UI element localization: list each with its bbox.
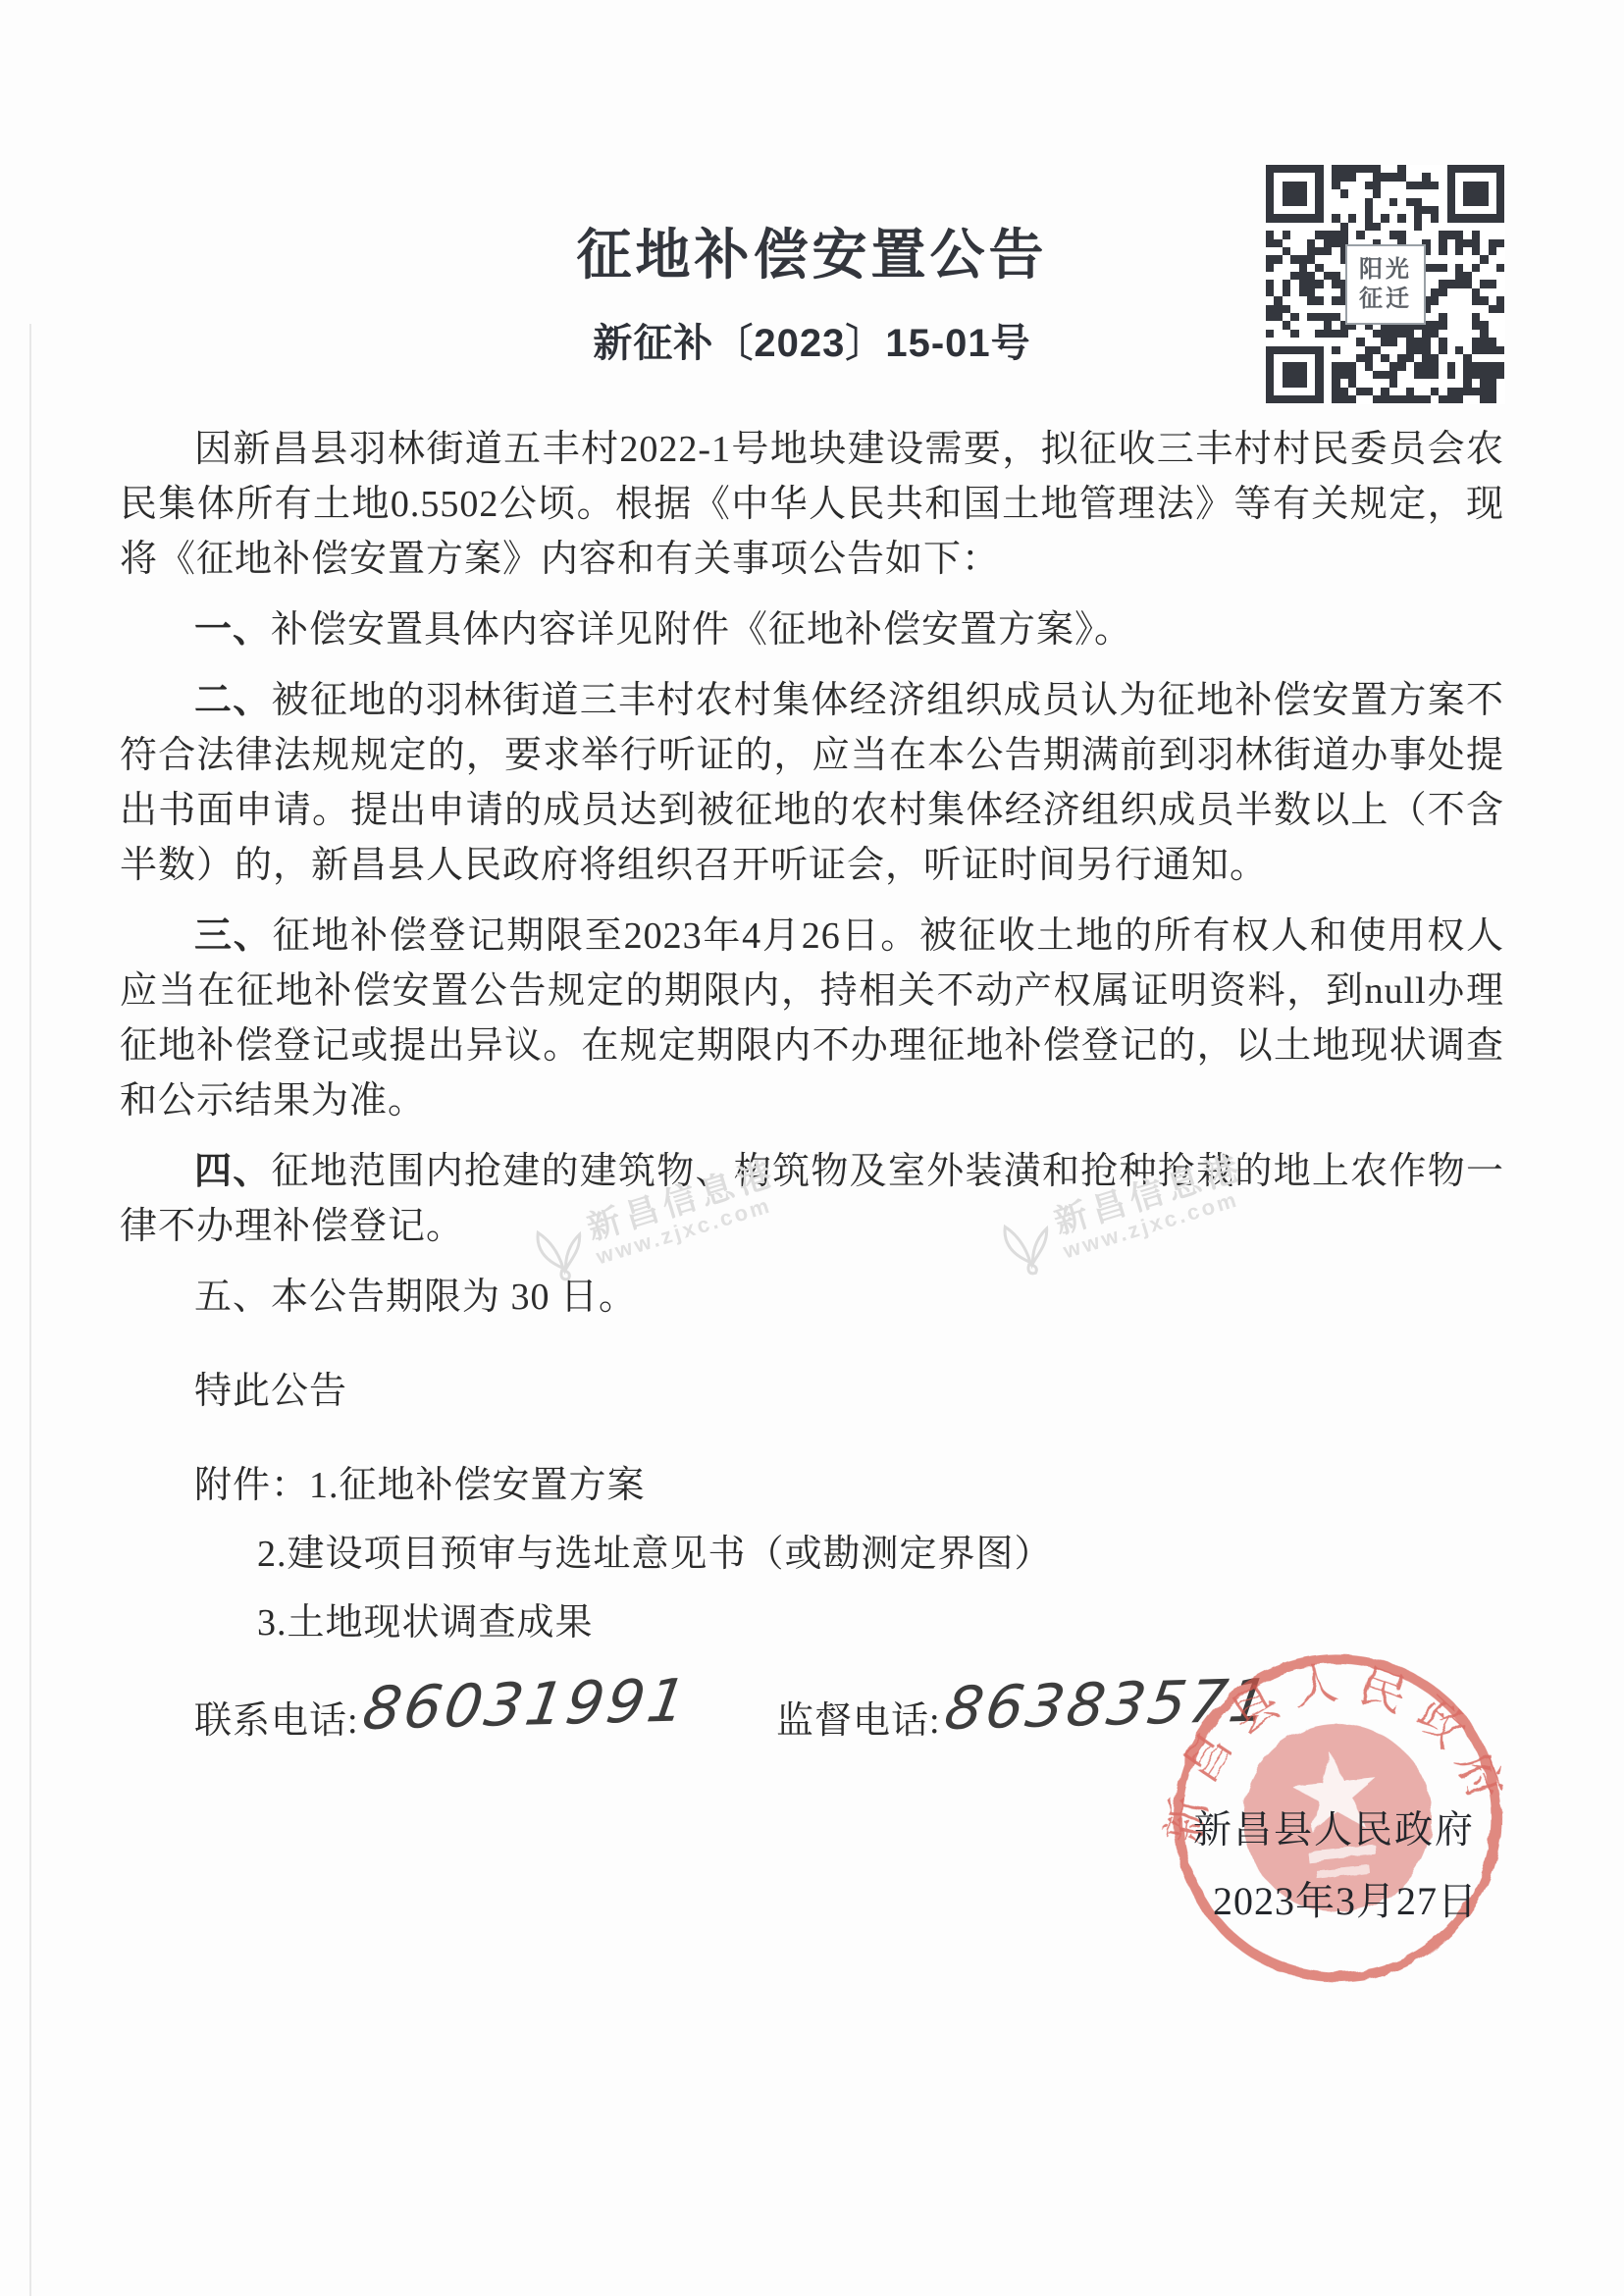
item-2-paragraph: 二、被征地的羽林街道三丰村农村集体经济组织成员认为征地补偿安置方案不符合法律法规…: [120, 673, 1504, 893]
item-2-text: 被征地的羽林街道三丰村农村集体经济组织成员认为征地补偿安置方案不符合法律法规规定…: [120, 680, 1504, 886]
signature-issuer: 新昌县人民政府: [1193, 1800, 1475, 1854]
item-3-text: 征地补偿登记期限至2023年4月26日。被征收土地的所有权人和使用权人应当在征地…: [120, 915, 1504, 1122]
closing-line: 特此公告: [120, 1364, 1504, 1419]
attachment-1: 1.征地补偿安置方案: [309, 1465, 646, 1506]
item-5-paragraph: 五、本公告期限为 30 日。: [120, 1270, 1504, 1325]
item-3-paragraph: 三、征地补偿登记期限至2023年4月26日。被征收土地的所有权人和使用权人应当在…: [120, 909, 1504, 1128]
intro-paragraph: 因新昌县羽林街道五丰村2022-1号地块建设需要，拟征收三丰村村民委员会农民集体…: [120, 422, 1504, 587]
scan-edge-artifact: [29, 324, 31, 2296]
item-2-marker: 二、: [194, 680, 272, 721]
document-number: 新征补〔2023〕15-01号: [120, 320, 1504, 367]
item-1-paragraph: 一、补偿安置具体内容详见附件《征地补偿安置方案》。: [120, 602, 1504, 657]
item-4-text: 征地范围内抢建的建筑物、构筑物及室外装潢和抢种抢栽的地上农作物一律不办理补偿登记…: [120, 1151, 1504, 1247]
attachment-line-1: 附件：1.征地补偿安置方案: [120, 1458, 1504, 1513]
attachment-line-2: 2.建设项目预审与选址意见书（或勘测定界图）: [120, 1527, 1504, 1582]
scanned-announcement-page: 阳光 征迁 征地补偿安置公告 新征补〔2023〕15-01号 因新昌县羽林街道五…: [0, 0, 1624, 2296]
item-4-paragraph: 四、征地范围内抢建的建筑物、构筑物及室外装潢和抢种抢栽的地上农作物一律不办理补偿…: [120, 1144, 1504, 1254]
signature-date: 2023年3月27日: [1213, 1870, 1478, 1926]
supervise-phone-label: 监督电话:: [776, 1700, 941, 1742]
attachments-label: 附件：: [194, 1465, 309, 1506]
document-body: 征地补偿安置公告 新征补〔2023〕15-01号 因新昌县羽林街道五丰村2022…: [120, 0, 1504, 1750]
attachments-block: 附件：1.征地补偿安置方案 2.建设项目预审与选址意见书（或勘测定界图） 3.土…: [120, 1458, 1504, 1650]
contact-phone-label: 联系电话:: [194, 1700, 359, 1742]
item-1-text: 补偿安置具体内容详见附件《征地补偿安置方案》。: [271, 609, 1132, 651]
item-4-marker: 四、: [194, 1151, 272, 1192]
page-title: 征地补偿安置公告: [120, 224, 1504, 287]
contact-phone-number: 86031991: [359, 1671, 693, 1739]
item-3-marker: 三、: [194, 915, 273, 957]
item-1-marker: 一、: [194, 609, 271, 651]
